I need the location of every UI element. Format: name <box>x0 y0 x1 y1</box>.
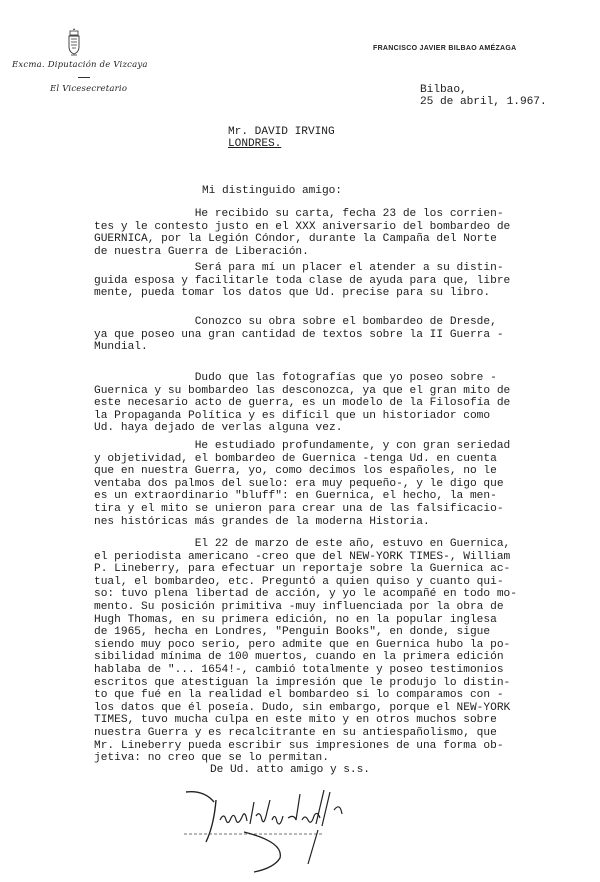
recipient-city: LONDRES. <box>228 138 281 150</box>
paragraph-line: de nuestra Guerra de Liberación. <box>94 246 510 259</box>
dateline-date: 25 de abril, 1.967. <box>420 96 547 108</box>
paragraph-line: Será para mí un placer el atender a su d… <box>94 262 510 275</box>
closing: De Ud. atto amigo y s.s. <box>210 764 370 776</box>
paragraph-line: nuestra Guerra y es recalcitrante en su … <box>94 727 517 740</box>
paragraph-line: Mr. Lineberry pueda escribir sus impresi… <box>94 740 517 753</box>
body-paragraph: Dudo que las fotografías que yo poseo so… <box>94 372 510 435</box>
paragraph-line: TIMES, tuvo mucha culpa en este mito y e… <box>94 714 517 727</box>
paragraph-line: GUERNICA, por la Legión Cóndor, durante … <box>94 233 510 246</box>
paragraph-line: Mundial. <box>94 341 504 354</box>
paragraph-line: tes y le contesto justo en el XXX aniver… <box>94 221 510 234</box>
paragraph-line: Dudo que las fotografías que yo poseo so… <box>94 372 510 385</box>
paragraph-line: siendo muy poco serio, pero admite que e… <box>94 639 517 652</box>
paragraph-line: so: tuvo plena libertad de acción, y yo … <box>94 588 517 601</box>
paragraph-line: de 1965, hecha en Londres, "Penguin Book… <box>94 626 517 639</box>
paragraph-line: mente, pueda tomar los datos que Ud. pre… <box>94 287 510 300</box>
paragraph-line: que en nuestra Guerra, yo, como decimos … <box>94 465 510 478</box>
paragraph-line: P. Lineberry, para efectuar un reportaje… <box>94 563 517 576</box>
paragraph-line: Ud. haya dejado de verlas alguna vez. <box>94 422 510 435</box>
letter-page: Excma. Diputación de Vizcaya El Vicesecr… <box>0 0 600 882</box>
paragraph-line: He estudiado profundamente, y con gran s… <box>94 440 510 453</box>
paragraph-line: mento. Su posición primitiva -muy influe… <box>94 601 517 614</box>
sender-name: FRANCISCO JAVIER BILBAO AMÉZAGA <box>373 45 516 52</box>
body-paragraph: He estudiado profundamente, y con gran s… <box>94 440 510 528</box>
coat-of-arms-icon <box>66 27 82 57</box>
dateline-place: Bilbao, <box>420 84 467 96</box>
body-paragraph: Conozco su obra sobre el bombardeo de Dr… <box>94 316 504 354</box>
paragraph-line: Guernica y su bombardeo las desconozca, … <box>94 385 510 398</box>
letterhead-office: El Vicesecretario <box>50 84 127 94</box>
paragraph-line: este necesario acto de guerra, es un mod… <box>94 397 510 410</box>
paragraph-line: ya que poseo una gran cantidad de textos… <box>94 329 504 342</box>
paragraph-line: Hugh Thomas, en su primera edición, no e… <box>94 614 517 627</box>
letterhead-divider <box>78 77 90 78</box>
paragraph-line: nes históricas más grandes de la moderna… <box>94 516 510 529</box>
paragraph-line: escritos que atestiguan la impresión que… <box>94 677 517 690</box>
paragraph-line: to que fué en la realidad el bombardeo s… <box>94 689 517 702</box>
paragraph-line: He recibido su carta, fecha 23 de los co… <box>94 208 510 221</box>
paragraph-line: la Propaganda Política y es difícil que … <box>94 410 510 423</box>
paragraph-line: Conozco su obra sobre el bombardeo de Dr… <box>94 316 504 329</box>
paragraph-line: tual, el bombardeo, etc. Preguntó a quie… <box>94 576 517 589</box>
body-paragraph: El 22 de marzo de este año, estuvo en Gu… <box>94 538 517 765</box>
paragraph-line: los datos que él poseía. Dudo, sin embar… <box>94 702 517 715</box>
paragraph-line: guida esposa y facilitarle toda clase de… <box>94 275 510 288</box>
paragraph-line: sibilidad mínima de 100 muertos, cuando … <box>94 651 517 664</box>
paragraph-line: y objetividad, el bombardeo de Guernica … <box>94 453 510 466</box>
paragraph-line: El 22 de marzo de este año, estuvo en Gu… <box>94 538 517 551</box>
body-paragraph: Será para mí un placer el atender a su d… <box>94 262 510 300</box>
paragraph-line: hablaba de "... 1654!-, cambió totalment… <box>94 664 517 677</box>
paragraph-line: es un extraordinario "bluff": en Guernic… <box>94 490 510 503</box>
letterhead-organization: Excma. Diputación de Vizcaya <box>12 60 148 70</box>
body-paragraph: He recibido su carta, fecha 23 de los co… <box>94 208 510 258</box>
paragraph-line: el periodista americano -creo que del NE… <box>94 551 517 564</box>
recipient-name: Mr. DAVID IRVING <box>228 126 335 138</box>
salutation: Mi distinguido amigo: <box>202 185 342 197</box>
paragraph-line: ventaba dos palmos del suelo: era muy pe… <box>94 478 510 491</box>
paragraph-line: jetiva: no creo que se lo permitan. <box>94 752 517 765</box>
handwritten-signature-icon <box>184 780 344 880</box>
paragraph-line: tira y el mito se unieron para crear una… <box>94 503 510 516</box>
